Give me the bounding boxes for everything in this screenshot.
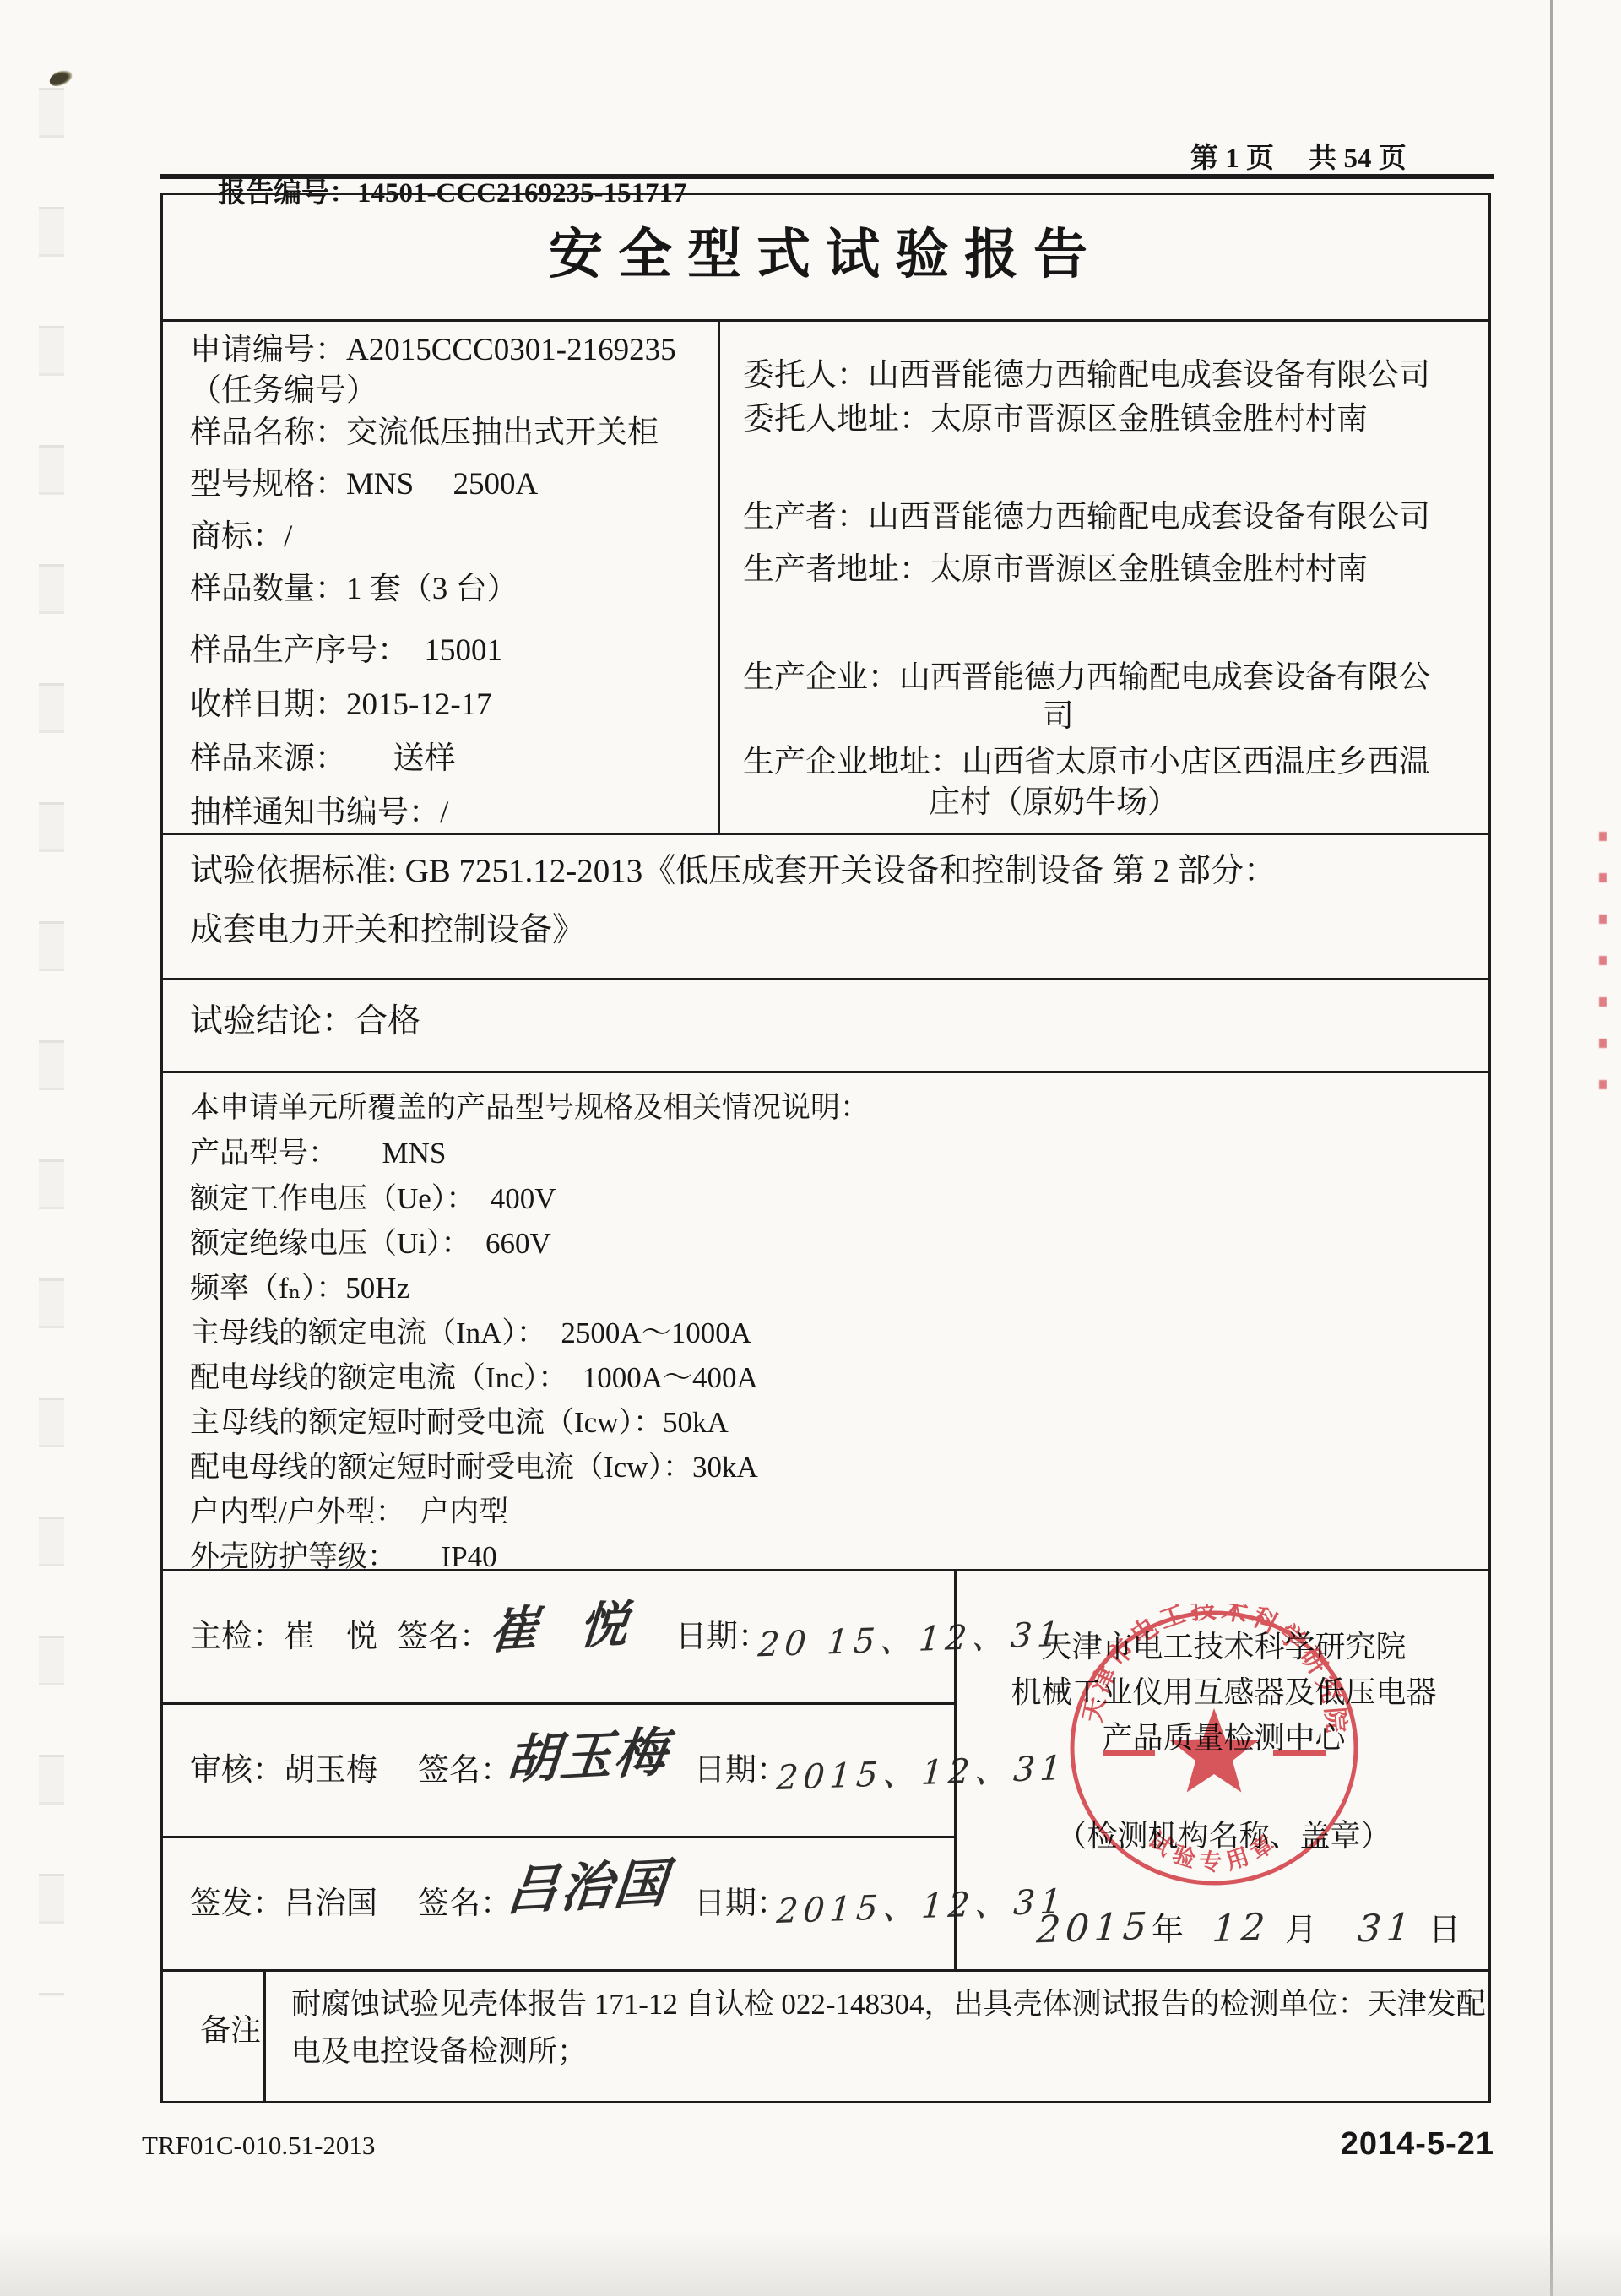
spec-product-model: 产品型号： MNS (190, 1135, 446, 1172)
sign-label-3: 签名： (418, 1885, 512, 1924)
sample-serial-line: 样品生产序号： 15001 (190, 632, 502, 670)
spec-dist-busbar-current: 配电母线的额定电流（Inc）： 1000A～400A (190, 1360, 758, 1397)
issuer-label: 签发：吕治国 (190, 1885, 377, 1924)
org-date-year-unit: 年 (1152, 1913, 1184, 1948)
spec-main-busbar-icw: 主母线的额定短时耐受电流（Icw）：50kA (190, 1404, 729, 1441)
sig-row2-line (160, 1836, 957, 1838)
manufacturer-line: 生产企业：山西晋能德力西输配电成套设备有限公 (743, 659, 1430, 697)
org-date-month: 12 (1211, 1903, 1271, 1952)
conclusion-bottom-line (160, 1071, 1491, 1073)
official-red-stamp: 天津市电工技术科学研究院 试验专用章 (1062, 1604, 1366, 1897)
scan-bottom-shadow (0, 2229, 1621, 2296)
chief-inspector-label: 主检：崔 悦 (190, 1618, 377, 1657)
spec-rated-voltage: 额定工作电压（Ue）： 400V (190, 1181, 556, 1218)
spec-insulation-voltage: 额定绝缘电压（Ui）： 660V (190, 1225, 551, 1262)
org-date-month-unit: 月 (1285, 1913, 1317, 1948)
org-date-day: 31 (1356, 1903, 1417, 1952)
specs-bottom-line (160, 1569, 1491, 1571)
manufacturer-address-line: 生产企业地址：山西省太原市小店区西温庄乡西温 (743, 743, 1430, 782)
stamp-left-bar (1103, 1750, 1155, 1756)
footer-date: 2014-5-21 (1241, 2125, 1494, 2165)
manufacturer-address-wrap: 庄村（原奶牛场） (929, 784, 1179, 822)
sample-source-line: 样品来源： 送样 (190, 740, 456, 779)
svg-text:试验专用章: 试验专用章 (1144, 1826, 1285, 1875)
sample-qty-line: 样品数量：1 套（3 台） (190, 570, 518, 609)
receive-date-line: 收样日期：2015-12-17 (190, 686, 492, 725)
header-rule (160, 174, 1494, 179)
apply-no-line: 申请编号：A2015CCC0301-2169235 (190, 331, 676, 370)
remark-line2: 电及电控设备检测所； (291, 2033, 587, 2071)
date-label-3: 日期： (694, 1885, 788, 1924)
scanned-report-page: 报告编号：14501-CCC2169235-151717 第 1 页 共 54 … (0, 0, 1621, 2296)
stamp-arc-bottom-text: 试验专用章 (1144, 1826, 1285, 1875)
date-label-1: 日期： (675, 1618, 769, 1657)
spec-main-busbar-current: 主母线的额定电流（InA）： 2500A～1000A (190, 1315, 751, 1352)
date-label-2: 日期： (694, 1751, 788, 1790)
binder-hole-ghosts (39, 88, 64, 1996)
info-bottom-line (160, 833, 1491, 835)
signature-bottom-line (160, 1969, 1491, 1972)
reviewer-label: 审核：胡玉梅 (190, 1751, 377, 1790)
standard-bottom-line (160, 978, 1491, 980)
sample-name-line: 样品名称：交流低压抽出式开关柜 (190, 414, 659, 453)
trademark-line: 商标：/ (190, 518, 292, 556)
client-address-line: 委托人地址：太原市晋源区金胜镇金胜村村南 (743, 400, 1368, 439)
producer-line: 生产者：山西晋能德力西输配电成套设备有限公司 (743, 498, 1430, 537)
info-column-divider (718, 322, 720, 833)
red-stamp-bleed-mark (1599, 832, 1607, 1119)
sampling-notice-line: 抽样通知书编号：/ (190, 794, 448, 833)
stamp-star (1170, 1708, 1259, 1793)
sign-label-2: 签名： (418, 1751, 512, 1790)
standard-basis-line1: 试验依据标准: GB 7251.12-2013《低压成套开关设备和控制设备 第 … (190, 851, 1277, 893)
remark-divider (263, 1972, 266, 2101)
producer-address-line: 生产者地址：太原市晋源区金胜镇金胜村村南 (743, 551, 1368, 589)
test-conclusion: 试验结论：合格 (190, 1001, 420, 1043)
signature-script-1: 崔 悦 (486, 1583, 642, 1663)
report-title: 安全型式试验报告 (160, 221, 1491, 289)
scan-edge-line (1550, 0, 1553, 2296)
page-indicator: 第 1 页 共 54 页 (1190, 142, 1407, 176)
specs-intro: 本申请单元所覆盖的产品型号规格及相关情况说明： (190, 1089, 870, 1126)
ink-speck (47, 68, 74, 89)
title-bottom-line (160, 319, 1491, 322)
signature-script-2: 胡玉梅 (503, 1710, 672, 1794)
client-line: 委托人：山西晋能德力西输配电成套设备有限公司 (743, 356, 1430, 395)
spec-frequency: 频率（fₙ）：50Hz (190, 1270, 409, 1307)
signature-script-3: 吕治国 (503, 1841, 672, 1925)
footer-form-code: TRF01C-010.51-2013 (142, 2130, 375, 2163)
model-spec-line: 型号规格：MNS 2500A (190, 465, 538, 504)
org-date-year: 2015 (1035, 1902, 1153, 1953)
org-date-day-unit: 日 (1429, 1913, 1461, 1948)
manufacturer-line-wrap: 司 (1043, 697, 1074, 736)
sign-label-1: 签名： (397, 1618, 491, 1657)
remark-label: 备注 (200, 2011, 261, 2049)
spec-dist-busbar-icw: 配电母线的额定短时耐受电流（Icw）：30kA (190, 1449, 758, 1486)
standard-basis-line2: 成套电力开关和控制设备》 (190, 910, 585, 952)
spec-indoor-outdoor: 户内型/户外型： 户内型 (190, 1494, 508, 1531)
sig-row1-line (160, 1702, 957, 1705)
stamp-right-bar (1273, 1750, 1326, 1756)
remark-line1: 耐腐蚀试验见壳体报告 171-12 自认检 022-148304，出具壳体测试报… (291, 1986, 1486, 2023)
task-no-line: （任务编号） (190, 372, 377, 410)
